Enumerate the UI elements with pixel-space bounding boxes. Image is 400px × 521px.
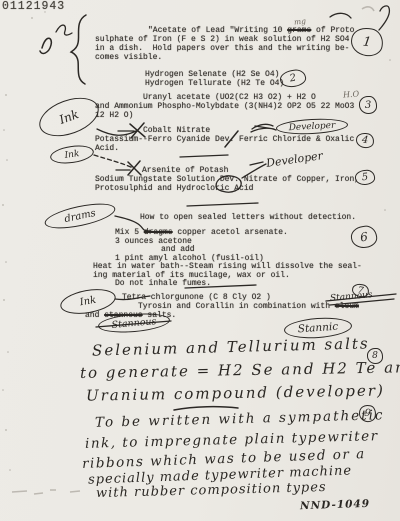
s1-line1: "Acetate of Lead "Writing 10 grams of Pr… <box>148 26 354 35</box>
s1-line4: comes visible. <box>95 53 162 62</box>
circled-number-8: 8 <box>367 348 383 364</box>
stannous-struck-note: Stannous <box>330 290 373 304</box>
circled-number-1: 1 <box>349 26 385 58</box>
arsenite-x-mark <box>128 161 141 175</box>
s7-line1: Tetra chlorgunone (C 8 Cly O2 ) <box>122 293 271 302</box>
s3-line2: and Ammonium Phospho-Molybdate (3(NH4)2 … <box>95 102 354 111</box>
s6-line1-pre: Mix 5 <box>115 228 144 237</box>
s5-line3: Protosulphid and Hydrocloric Acid <box>95 184 253 193</box>
circled-number-5: 5 <box>354 169 375 186</box>
developer-lead-dash <box>250 162 263 165</box>
s7-struck-oleum: oleum <box>335 302 359 311</box>
s6-heading: How to open sealed letters without detec… <box>140 213 356 222</box>
s6-line1: Mix 5 dragms copper acetol arsenate. <box>115 228 288 237</box>
pencil-correction-mg: mg <box>294 16 307 26</box>
compound-underline <box>174 407 238 410</box>
s7-line3-pre: and <box>85 311 104 320</box>
s5-line1: Arsenite of Potash <box>142 166 228 175</box>
circled-number-4: 4 <box>355 132 374 149</box>
developer-note-script: Developer <box>265 149 323 170</box>
margin-drams-note: drams <box>43 199 118 234</box>
initials-scribble-2 <box>56 25 72 35</box>
hw-block1-line2: to generate = H2 Se and H2 Te and <box>80 358 400 382</box>
s1-line2: sulphate of Iron (F e S 2) in weak solut… <box>95 35 349 44</box>
hw-block1-line1: Selenium and Tellurium salts <box>92 334 370 359</box>
circled-number-3: 3 <box>359 96 377 114</box>
s1-struck-grams: grams <box>287 26 311 35</box>
pencil-note-h2o: H.O <box>343 89 360 99</box>
initials-scribble <box>40 38 51 53</box>
s6-struck-dragms: dragms <box>144 228 173 237</box>
hw-block1-line3: Uranium compound (developer) <box>86 381 385 404</box>
margin-ink-note-1: Ink <box>34 90 104 143</box>
s6-line3: and add <box>161 245 195 254</box>
ink2-connector <box>94 155 133 168</box>
s2-line2: Hydrogen Tellurate (H2 Te O4) <box>145 79 284 88</box>
circle1-flourish <box>379 6 389 30</box>
circled-number-6: 6 <box>350 224 379 249</box>
scribbled-out-word <box>251 124 276 132</box>
scan-id: 01121943 <box>2 2 65 11</box>
s3-line3: 12 H2 O) <box>95 111 133 120</box>
s4-line1: Cobalt Nitrate <box>143 126 210 135</box>
s1-line1-post: of Proto <box>311 26 354 35</box>
declassification-stamp: NND-1049 <box>300 498 370 512</box>
developer-note-circled: Developer <box>276 117 349 136</box>
s4-line2: Potassium--Ferro Cyanide Dev. Ferric Chl… <box>95 135 354 144</box>
s6-line5: Heat in water bath--Steam rising will di… <box>93 262 362 271</box>
s7-line2-pre: Tyrosin and Corallin in combination with <box>138 302 335 311</box>
s6-line1-post: copper acetol arsenate. <box>173 228 288 237</box>
s1-line1-pre: "Acetate of Lead "Writing 10 <box>148 26 287 35</box>
s5-line2: Sodium Tungstate Solution Dev. Nitrate o… <box>95 175 359 184</box>
s2-line1: Hydrogen Selenate (H2 Se O4) <box>145 70 279 79</box>
scanned-document-page: 01121943 "Acetate of Lead "Writing 10 gr… <box>0 0 400 521</box>
s6-line7: Do not inhale fumes. <box>115 279 211 288</box>
stray-curve-top <box>330 13 351 18</box>
curly-brace-mark <box>71 15 86 84</box>
s3-line1: Uranyl acetate (UO2(C2 H3 O2) + H2 O <box>143 93 316 102</box>
separator-line-2 <box>187 203 258 206</box>
margin-ink-note-2: Ink <box>49 143 95 166</box>
s4-line3: Acid. <box>95 144 119 153</box>
hw-block2-line1: To be written with a sympathetic <box>95 407 385 431</box>
s1-line3: in a dish. Hold papers over this and the… <box>95 44 349 53</box>
separator-line-1 <box>180 155 228 157</box>
s7-line2: Tyrosin and Corallin in combination with… <box>138 302 359 311</box>
